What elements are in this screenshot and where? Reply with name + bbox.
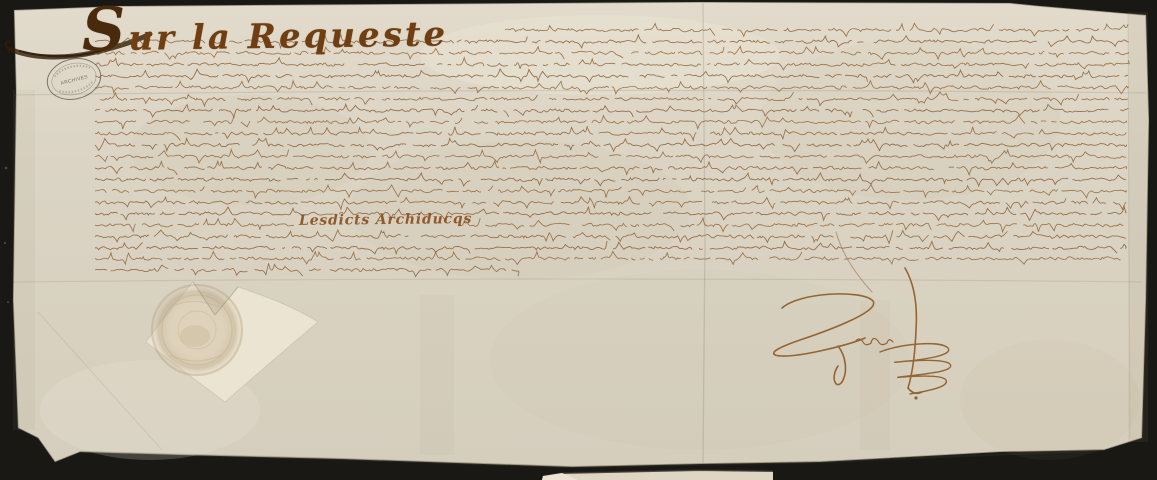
manuscript-scan: ARCHIVES: [0, 0, 1157, 480]
backdrop-speck: [7, 301, 9, 303]
backdrop-speck: [5, 167, 8, 170]
scan-canvas: ARCHIVES: [0, 0, 1157, 480]
signature-dot: [914, 396, 917, 399]
backdrop-speck: [4, 242, 6, 244]
seal-center-motif: [180, 325, 210, 347]
